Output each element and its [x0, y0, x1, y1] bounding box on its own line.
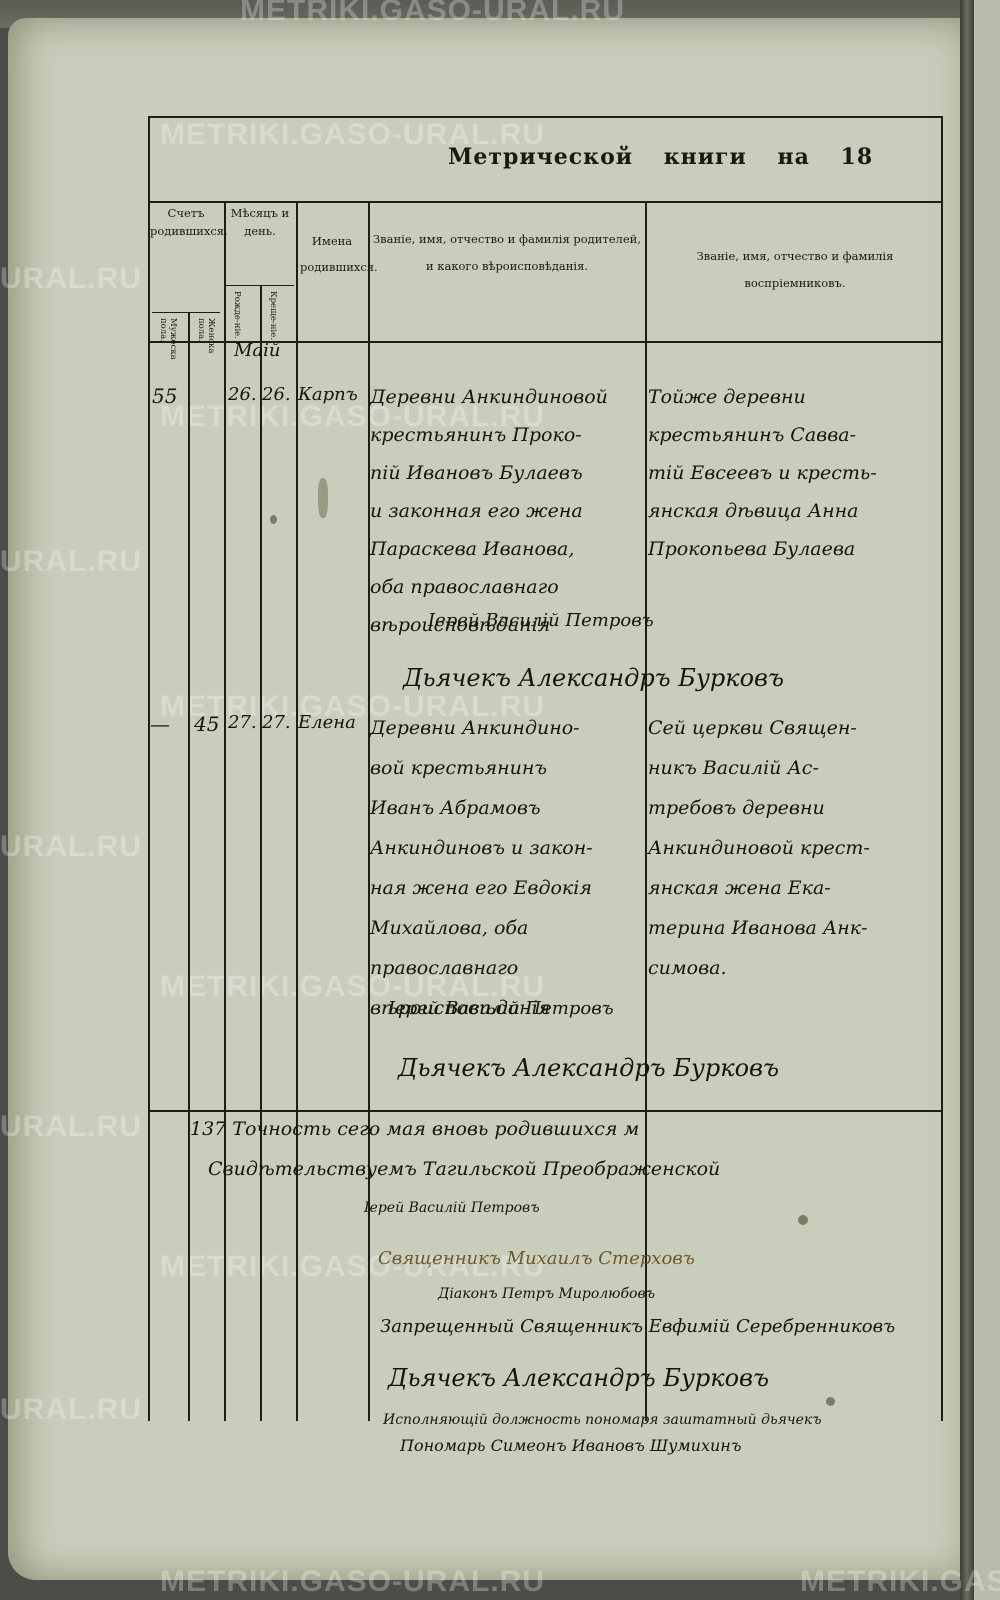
header-baptism: Креще-ніе. — [268, 291, 278, 341]
page-title: Метрической книги на 18 — [448, 144, 895, 170]
summary-line: Свидѣтельствуемъ Тагильской Преображенск… — [208, 1158, 720, 1180]
header-parents: Званіе, имя, отчество и фамилія родителе… — [372, 226, 642, 280]
entry-baptism-day: 27. — [262, 712, 291, 733]
signature-deacon: Дьячекъ Александръ Бурковъ — [398, 1054, 779, 1082]
entry-birth-day: 27. — [228, 712, 257, 733]
summary-signature: Діаконъ Петръ Миролюбовъ — [438, 1286, 655, 1302]
header-month-day: Мѣсяцъ и день. — [226, 204, 294, 240]
signature-priest: Іерей Василій Петровъ — [428, 610, 654, 631]
entry-month: Маій — [234, 340, 281, 361]
register-table: Метрической книги на 18 Счетъ родившихся… — [148, 116, 943, 1421]
col-border — [260, 285, 262, 1421]
entry-birth-day: 26. — [228, 384, 257, 405]
rule-section — [148, 1110, 943, 1112]
entry-child-name: Карпъ — [298, 384, 358, 405]
entry-parents: Деревни Анкиндино- вой крестьянинъ Иванъ… — [370, 708, 650, 1028]
entry-parents: Деревни Анкиндиновой крестьянинъ Проко- … — [370, 378, 650, 644]
header-count-born: Счетъ родившихся. — [150, 204, 222, 240]
summary-signature: Дьячекъ Александръ Бурковъ — [388, 1364, 769, 1392]
entry-male-number: — — [150, 712, 170, 736]
header-birth: Рожде-ніе. — [232, 291, 242, 341]
summary-signature: Пономарь Симеонъ Ивановъ Шумихинъ — [400, 1436, 741, 1455]
summary-signature: Священникъ Михаилъ Стерховъ — [378, 1248, 695, 1269]
col-border — [148, 116, 150, 1421]
header-female: Женска пола. — [196, 318, 216, 378]
entry-godparents: Тойже деревни крестьянинъ Савва- тій Евс… — [648, 378, 948, 568]
header-godparents: Званіе, имя, отчество и фамилія воспріем… — [650, 243, 940, 297]
summary-signature: Запрещенный Священникъ Евфимій Серебренн… — [380, 1316, 895, 1337]
rule-top — [148, 116, 943, 118]
book-binding — [960, 0, 974, 1600]
header-male: Мужеска пола. — [158, 318, 178, 378]
summary-signature: Исполняющій должность пономаря заштатный… — [383, 1412, 822, 1428]
title-word: Метрической — [448, 144, 633, 170]
facing-page-edge — [974, 0, 1000, 1600]
title-word: на — [778, 144, 810, 170]
header-names: Имена родившихся. — [300, 228, 364, 280]
col-border — [224, 201, 226, 1421]
rule-header — [148, 201, 943, 203]
title-year: 18 — [841, 144, 874, 170]
entry-child-name: Елена — [298, 712, 356, 733]
rule-sub — [224, 285, 294, 286]
entry-baptism-day: 26. — [262, 384, 291, 405]
entry-male-number: 55 — [152, 384, 177, 408]
title-word: книги — [664, 144, 747, 170]
signature-priest: Іерей Василій Петровъ — [388, 998, 614, 1019]
col-border — [188, 312, 190, 1421]
summary-signature: Іерей Василій Петровъ — [364, 1200, 540, 1216]
summary-line: 137 Точность сего мая вновь родившихся м — [190, 1118, 639, 1140]
entry-godparents: Сей церкви Священ- никъ Василій Ас- треб… — [648, 708, 948, 988]
signature-deacon: Дьячекъ Александръ Бурковъ — [403, 664, 784, 692]
entry-female-number: 45 — [194, 712, 219, 736]
rule-sub — [152, 312, 220, 313]
